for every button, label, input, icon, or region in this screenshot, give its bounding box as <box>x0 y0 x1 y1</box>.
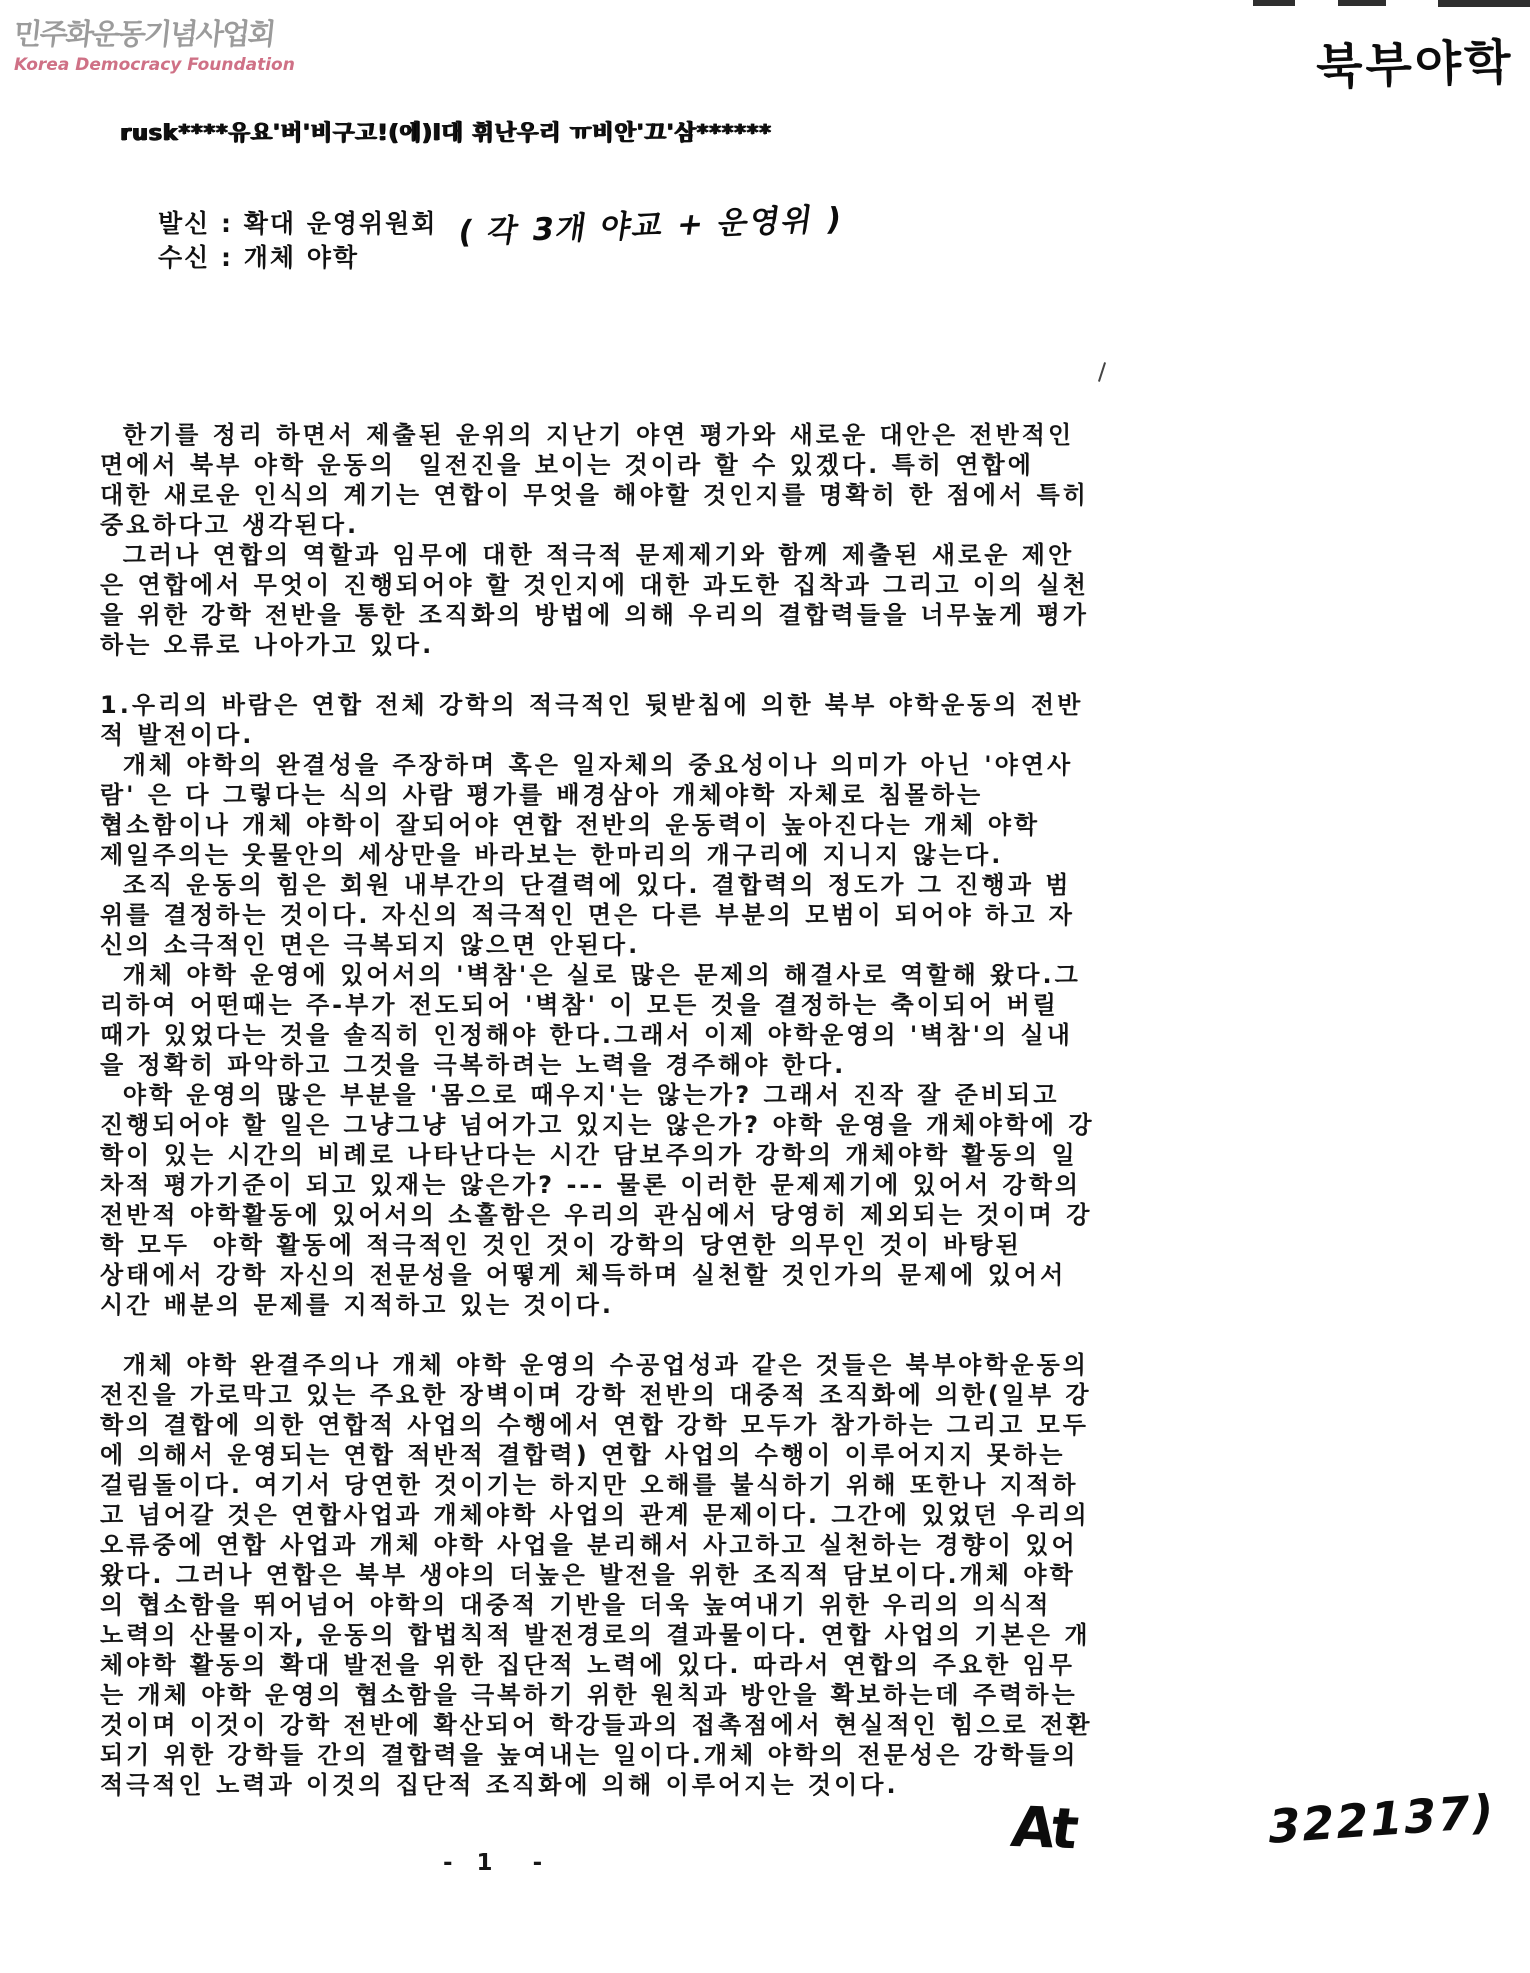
document-line: 조직 운동의 힘은 회원 내부간의 단결력에 있다. 결합력의 정도가 그 진행… <box>100 870 1280 900</box>
document-line: 학이 있는 시간의 비례로 나타난다는 시간 담보주의가 강학의 개체야학 활동… <box>100 1140 1280 1170</box>
document-line: 그러나 연합의 역할과 임무에 대한 적극적 문제제기와 함께 제출된 새로운 … <box>100 540 1280 570</box>
document-line: 체야학 활동의 확대 발전을 위한 집단적 노력에 있다. 따라서 연합의 주요… <box>100 1650 1280 1680</box>
document-line: 는 개체 야학 운영의 협소함을 극복하기 위한 원칙과 방안을 확보하는데 주… <box>100 1680 1280 1710</box>
document-line: 을 정확히 파악하고 그것을 극복하려는 노력을 경주해야 한다. <box>100 1050 1280 1080</box>
document-line: 위를 결정하는 것이다. 자신의 적극적인 면은 다른 부분의 모범이 되어야 … <box>100 900 1280 930</box>
document-line: 하는 오류로 나아가고 있다. <box>100 630 1280 660</box>
scanned-document-page: 민주화운동기념사업회 Korea Democracy Foundation 북부… <box>0 0 1530 1973</box>
handwritten-initials: At <box>1007 1795 1078 1862</box>
document-line: 1.우리의 바람은 연합 전체 강학의 적극적인 뒷받침에 의한 북부 야학운동… <box>100 690 1280 720</box>
to-line: 수신 : 개체 야학 <box>158 238 359 274</box>
document-line: 야학 운영의 많은 부분을 '몸으로 때우지'는 않는가? 그래서 진작 잘 준… <box>100 1080 1280 1110</box>
document-line: 의 협소함을 뛰어넘어 야학의 대중적 기반을 더욱 높여내기 위한 우리의 의… <box>100 1590 1280 1620</box>
document-line: 개체 야학 운영에 있어서의 '벽참'은 실로 많은 문제의 해결사로 역할해 … <box>100 960 1280 990</box>
document-line: 신의 소극적인 면은 극복되지 않으면 안된다. <box>100 930 1280 960</box>
from-line-handwritten-note: ( 각 3개 야교 + 운영위 ) <box>456 193 846 252</box>
document-line: 상태에서 강학 자신의 전문성을 어떻게 체득하며 실천할 것인가의 문제에 있… <box>100 1260 1280 1290</box>
document-line: 학의 결합에 의한 연합적 사업의 수행에서 연합 강학 모두가 참가하는 그리… <box>100 1410 1280 1440</box>
handwritten-tag: 북부야학 <box>1315 23 1514 97</box>
page-number: - 1 - <box>443 1850 550 1876</box>
document-line: 은 연합에서 무엇이 진행되어야 할 것인지에 대한 과도한 집착과 그리고 이… <box>100 570 1280 600</box>
document-line: 진행되어야 할 일은 그냥그냥 넘어가고 있지는 않은가? 야학 운영을 개체야… <box>100 1110 1280 1140</box>
document-line: 면에서 북부 야학 운동의 일전진을 보이는 것이라 할 수 있겠다. 특히 연… <box>100 450 1280 480</box>
document-line: 걸림돌이다. 여기서 당연한 것이기는 하지만 오해를 불식하기 위해 또한나 … <box>100 1470 1280 1500</box>
foundation-logo-english: Korea Democracy Foundation <box>14 55 295 75</box>
document-line: 전반적 야학활동에 있어서의 소홀함은 우리의 관심에서 당영히 제외되는 것이… <box>100 1200 1280 1230</box>
from-line-text: 발신 : 확대 운영위원회 <box>158 209 437 238</box>
document-line: 전진을 가로막고 있는 주요한 장벽이며 강학 전반의 대중적 조직화에 의한(… <box>100 1380 1280 1410</box>
document-line: 오류중에 연합 사업과 개체 야학 사업을 분리해서 사고하고 실천하는 경향이… <box>100 1530 1280 1560</box>
document-line: 왔다. 그러나 연합은 북부 생야의 더높은 발전을 위한 조직적 담보이다.개… <box>100 1560 1280 1590</box>
scan-artifact-strip <box>1253 0 1295 6</box>
document-line: 협소함이나 개체 야학이 잘되어야 연합 전반의 운동력이 높아진다는 개체 야… <box>100 810 1280 840</box>
document-line: 람' 은 다 그렇다는 식의 사람 평가를 배경삼아 개체야학 자체로 침몰하는 <box>100 780 1280 810</box>
document-line <box>100 1320 1280 1350</box>
document-line: 시간 배분의 문제를 지적하고 있는 것이다. <box>100 1290 1280 1320</box>
document-line: 노력의 산물이자, 운동의 합법칙적 발전경로의 결과물이다. 연합 사업의 기… <box>100 1620 1280 1650</box>
document-line: 중요하다고 생각된다. <box>100 510 1280 540</box>
document-line: 것이며 이것이 강학 전반에 확산되어 학강들과의 접촉점에서 현실적인 힘으로… <box>100 1710 1280 1740</box>
document-line: 학 모두 야학 활동에 적극적인 것인 것이 강학의 당연한 의무인 것이 바탕… <box>100 1230 1280 1260</box>
scan-artifact-slash <box>1098 362 1106 382</box>
document-line: 개체 야학의 완결성을 주장하며 혹은 일자체의 중요성이나 의미가 아닌 '야… <box>100 750 1280 780</box>
document-line: 에 의해서 운영되는 연합 적반적 결합력) 연합 사업의 수행이 이루어지지 … <box>100 1440 1280 1470</box>
handwritten-archive-number: 322137) <box>1264 1784 1498 1855</box>
document-line: 적 발전이다. <box>100 720 1280 750</box>
document-line: 때가 있었다는 것을 솔직히 인정해야 한다.그래서 이제 야학운영의 '벽참'… <box>100 1020 1280 1050</box>
scan-artifact-strip <box>1438 0 1530 7</box>
document-line: 대한 새로운 인식의 계기는 연합이 무엇을 해야할 것인지를 명확히 한 점에… <box>100 480 1280 510</box>
document-line <box>100 660 1280 690</box>
document-line: 한기를 정리 하면서 제출된 운위의 지난기 야연 평가와 새로운 대안은 전반… <box>100 420 1280 450</box>
document-line: 리하여 어떤때는 주-부가 전도되어 '벽참' 이 모든 것을 결정하는 축이되… <box>100 990 1280 1020</box>
document-line: 고 넘어갈 것은 연합사업과 개체야학 사업의 관계 문제이다. 그간에 있었던… <box>100 1500 1280 1530</box>
document-body: 한기를 정리 하면서 제출된 운위의 지난기 야연 평가와 새로운 대안은 전반… <box>100 420 1280 1800</box>
foundation-logo: 민주화운동기념사업회 Korea Democracy Foundation <box>14 12 295 75</box>
document-line: 차적 평가기준이 되고 있재는 않은가? --- 물론 이러한 문제제기에 있어… <box>100 1170 1280 1200</box>
document-line: 제일주의는 웃물안의 세상만을 바라보는 한마리의 개구리에 지니지 않는다. <box>100 840 1280 870</box>
foundation-logo-korean: 민주화운동기념사업회 <box>12 12 276 53</box>
garbled-title-line: rusk****유요'버'비구고!(에)l대 휘난우리 ㅠ비안'끄'삼*****… <box>120 116 772 147</box>
document-line: 적극적인 노력과 이것의 집단적 조직화에 의해 이루어지는 것이다. <box>100 1770 1280 1800</box>
document-line: 개체 야학 완결주의나 개체 야학 운영의 수공업성과 같은 것들은 북부야학운… <box>100 1350 1280 1380</box>
to-line-text: 수신 : 개체 야학 <box>158 243 359 272</box>
scan-artifact-strip <box>1338 0 1386 6</box>
document-line: 되기 위한 강학들 간의 결합력을 높여내는 일이다.개체 야학의 전문성은 강… <box>100 1740 1280 1770</box>
document-line: 을 위한 강학 전반을 통한 조직화의 방법에 의해 우리의 결합력들을 너무높… <box>100 600 1280 630</box>
